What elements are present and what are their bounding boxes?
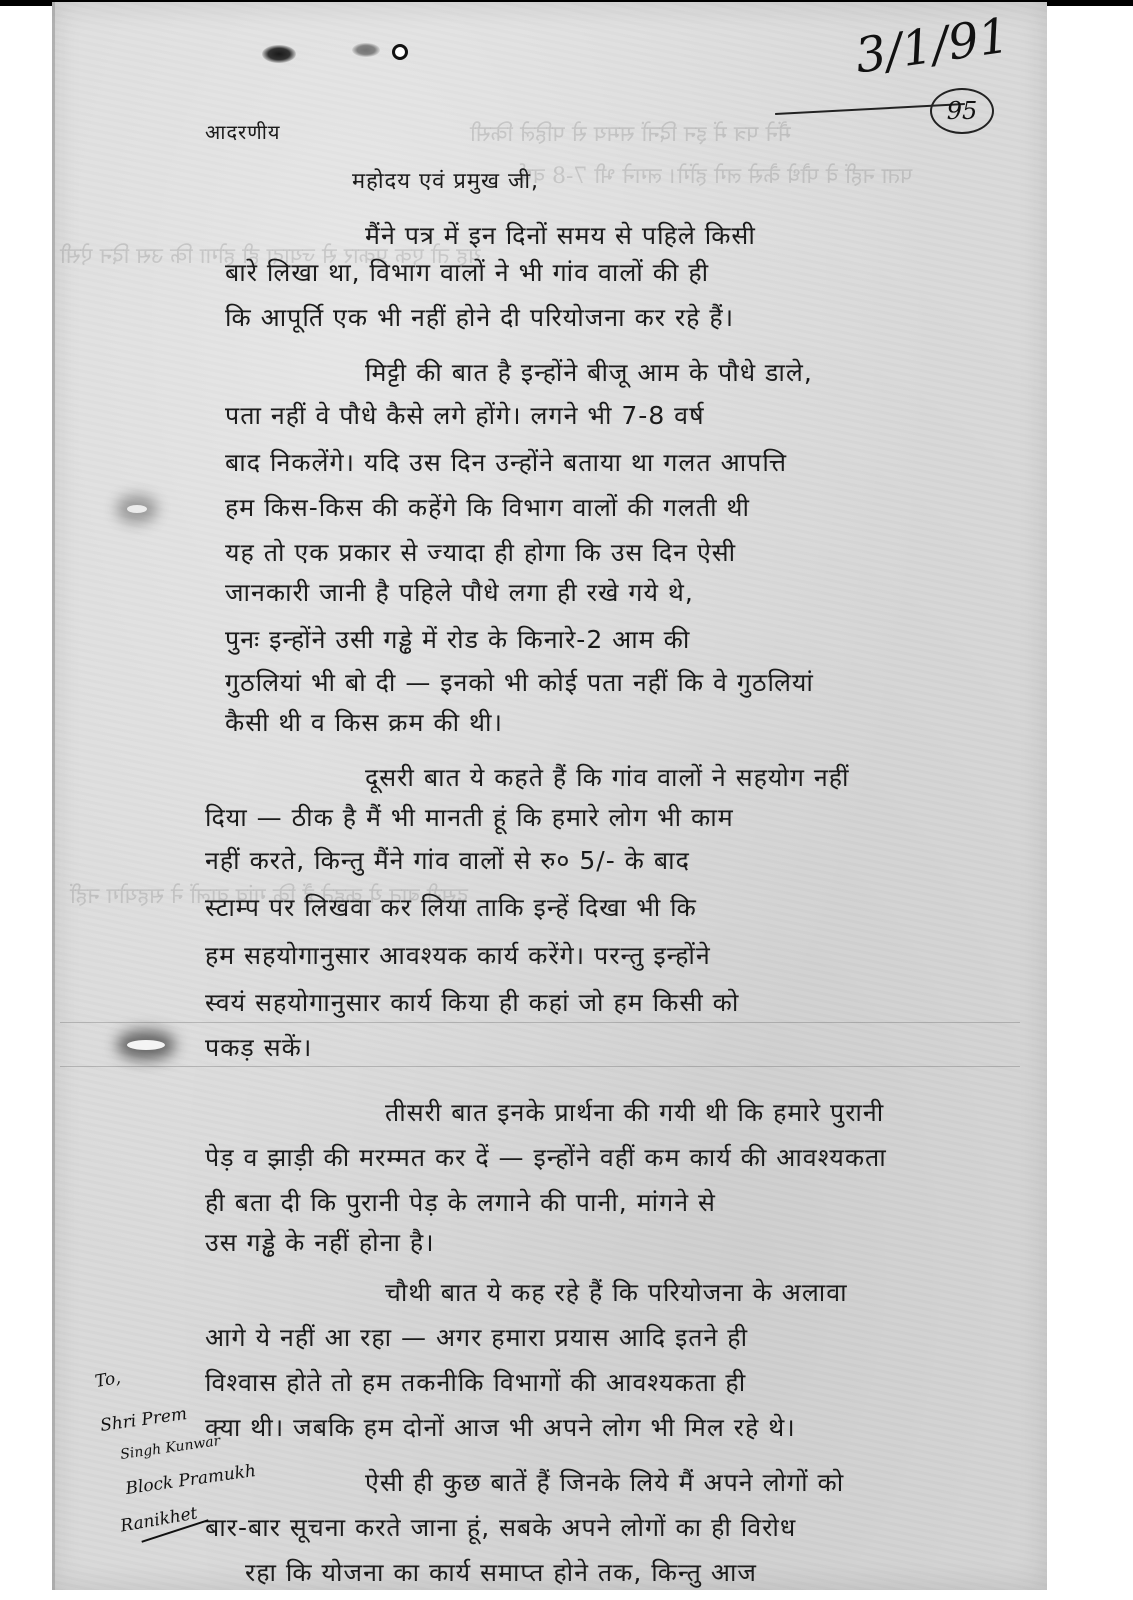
show-through-text: पता नहीं वे पौधे कैसे लगे होंगे। लगने भी… — [520, 160, 912, 190]
body-line: तीसरी बात इनके प्रार्थना की गयी थी कि हम… — [385, 1095, 884, 1129]
body-line: दिया — ठीक है मैं भी मानती हूं कि हमारे … — [205, 800, 734, 834]
body-line: आगे ये नहीं आ रहा — अगर हमारा प्रयास आदि… — [205, 1320, 748, 1354]
body-line: मिट्टी की बात है इन्होंने बीजू आम के पौध… — [365, 355, 813, 389]
body-line: हम सहयोगानुसार आवश्यक कार्य करेंगे। परन्… — [205, 938, 711, 972]
punch-hole — [392, 44, 408, 60]
body-line: यह तो एक प्रकार से ज्यादा ही होगा कि उस … — [225, 535, 736, 569]
body-line: विश्वास होते तो हम तकनीकि विभागों की आवश… — [205, 1365, 746, 1399]
body-line: क्या थी। जबकि हम दोनों आज भी अपने लोग भी… — [205, 1410, 796, 1444]
body-line: पकड़ सकें। — [205, 1030, 312, 1064]
body-line: स्टाम्प पर लिखवा कर लिया ताकि इन्हें दिख… — [205, 890, 697, 924]
ink-smudge — [262, 45, 296, 63]
body-line: मैंने पत्र में इन दिनों समय से पहिले किस… — [365, 218, 756, 252]
paper-left-edge — [52, 2, 55, 1590]
body-line: जानकारी जानी है पहिले पौधे लगा ही रखे गय… — [225, 575, 694, 609]
body-line: चौथी बात ये कह रहे हैं कि परियोजना के अल… — [385, 1275, 848, 1309]
body-line: पेड़ व झाड़ी की मरम्मत कर दें — इन्होंने… — [205, 1140, 887, 1174]
page-number-circled: 95 — [930, 88, 994, 134]
ink-smudge — [352, 43, 380, 57]
body-line: कि आपूर्ति एक भी नहीं होने दी परियोजना क… — [225, 300, 734, 334]
body-line: बार-बार सूचना करते जाना हूं, सबके अपने ल… — [205, 1510, 796, 1544]
body-line: उस गड्ढे के नहीं होना है। — [205, 1225, 435, 1259]
paper-tear — [127, 1040, 165, 1050]
show-through-text: मैंने पत्र में इन दिनों समय से पहिले किस… — [470, 118, 791, 148]
paper-tear — [127, 505, 147, 513]
body-line: ऐसी ही कुछ बातें हैं जिनके लिये मैं अपने… — [365, 1465, 844, 1499]
body-line: कैसी थी व किस क्रम की थी। — [225, 705, 503, 739]
body-line: दूसरी बात ये कहते हैं कि गांव वालों ने स… — [365, 760, 850, 794]
body-line: रहा कि योजना का कार्य समाप्त होने तक, कि… — [245, 1555, 757, 1589]
body-line: ही बता दी कि पुरानी पेड़ के लगाने की पान… — [205, 1185, 716, 1219]
ruled-line — [60, 1022, 1020, 1023]
body-line: बाद निकलेंगे। यदि उस दिन उन्होंने बताया … — [225, 445, 787, 479]
body-line: हम किस-किस की कहेंगे कि विभाग वालों की ग… — [225, 490, 750, 524]
body-line: गुठलियां भी बो दी — इनको भी कोई पता नहीं… — [225, 665, 814, 699]
ruled-line — [60, 1066, 1020, 1067]
salutation: आदरणीय — [205, 118, 280, 145]
body-line: पुनः इन्होंने उसी गड्ढे में रोड के किनार… — [225, 622, 690, 656]
body-line: बारे लिखा था, विभाग वालों ने भी गांव वाल… — [225, 255, 709, 289]
letter-subject: महोदय एवं प्रमुख जी, — [352, 165, 539, 195]
body-line: स्वयं सहयोगानुसार कार्य किया ही कहां जो … — [205, 985, 739, 1019]
body-line: नहीं करते, किन्तु मैंने गांव वालों से रु… — [205, 843, 690, 877]
body-line: पता नहीं वे पौधे कैसे लगे होंगे। लगने भी… — [225, 398, 705, 432]
